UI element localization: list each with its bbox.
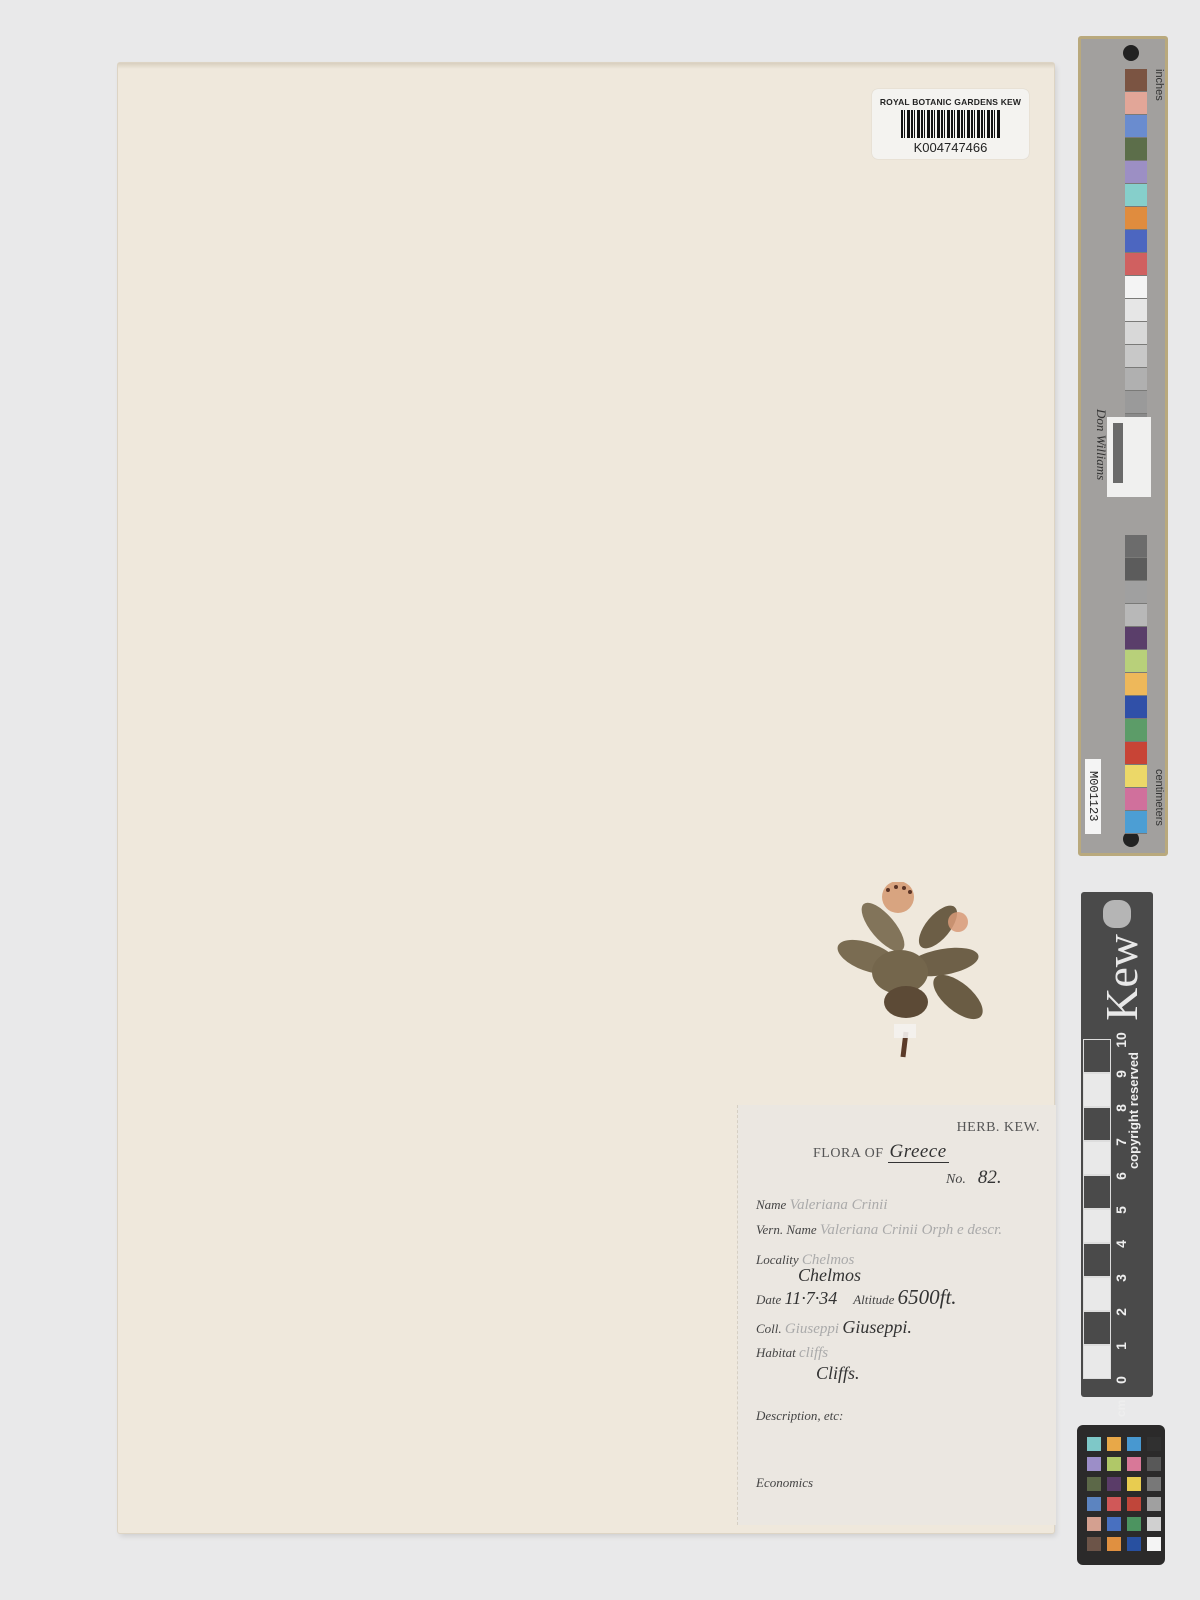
flora-of-line: FLORA OF Greece <box>813 1141 949 1163</box>
ruler-tick-label: 3 <box>1113 1270 1129 1286</box>
checker-patch <box>1147 1457 1161 1471</box>
color-checker-card <box>1077 1425 1165 1565</box>
checker-patch <box>1127 1457 1141 1471</box>
hole-icon <box>1123 45 1139 61</box>
locality-value: Chelmos <box>798 1265 861 1285</box>
habitat-label: Habitat <box>756 1345 796 1360</box>
color-swatch <box>1125 765 1147 788</box>
ruler-segment <box>1083 1345 1111 1379</box>
color-swatch <box>1125 184 1147 207</box>
color-swatch <box>1125 92 1147 115</box>
barcode-number: K004747466 <box>872 140 1029 155</box>
ruler-tick-label: 10 <box>1113 1032 1129 1048</box>
color-swatch <box>1125 138 1147 161</box>
ruler-tick-label: 5 <box>1113 1202 1129 1218</box>
habitat-value-line: Cliffs. <box>816 1363 860 1384</box>
checker-patch <box>1107 1517 1121 1531</box>
ruler-numbers: 109876543210cm <box>1113 1032 1129 1392</box>
color-swatch <box>1125 345 1147 368</box>
vern-name-field: Vern. Name Valeriana Crinii Orph e descr… <box>756 1222 1002 1239</box>
color-swatch <box>1125 322 1147 345</box>
color-swatch <box>1125 627 1147 650</box>
ruler-unit: cm <box>1114 1401 1128 1417</box>
crest-icon <box>1103 900 1131 928</box>
checker-patch <box>1127 1477 1141 1491</box>
ruler-segment <box>1083 1141 1111 1175</box>
kew-ruler: Kew copyright reserved 109876543210cm <box>1081 892 1153 1397</box>
ruler-scale <box>1083 1039 1111 1384</box>
ruler-segment <box>1083 1311 1111 1345</box>
ruler-segment <box>1083 1243 1111 1277</box>
vern-name-label: Vern. Name <box>756 1222 817 1237</box>
color-swatch <box>1125 811 1147 834</box>
checker-patch <box>1107 1537 1121 1551</box>
checker-patch <box>1127 1537 1141 1551</box>
checker-grid <box>1087 1437 1161 1551</box>
checker-patch <box>1087 1457 1101 1471</box>
color-swatch <box>1125 69 1147 92</box>
ruler-segment <box>1083 1175 1111 1209</box>
checker-patch <box>1087 1477 1101 1491</box>
color-swatch <box>1125 253 1147 276</box>
color-swatch <box>1125 161 1147 184</box>
color-swatch <box>1125 276 1147 299</box>
specimen-label: HERB. KEW. FLORA OF Greece No.82. Name V… <box>737 1105 1056 1525</box>
ruler-tick-label: 0 <box>1113 1372 1129 1388</box>
name-field: Name Valeriana Crinii <box>756 1197 888 1214</box>
coll-label: Coll. <box>756 1321 782 1336</box>
inches-label: inches <box>1153 69 1165 101</box>
checker-patch <box>1127 1497 1141 1511</box>
color-swatch <box>1125 299 1147 322</box>
checker-patch <box>1087 1517 1101 1531</box>
checker-patch <box>1107 1497 1121 1511</box>
checker-patch <box>1127 1437 1141 1451</box>
checker-patch <box>1147 1437 1161 1451</box>
flora-prefix: FLORA OF <box>813 1146 884 1161</box>
vern-name-value: Valeriana Crinii Orph e descr. <box>820 1222 1002 1238</box>
specimen-number: No.82. <box>946 1167 1002 1189</box>
habitat-value: Cliffs. <box>816 1363 860 1383</box>
altitude-label: Altitude <box>853 1292 894 1307</box>
color-swatch <box>1125 115 1147 138</box>
checker-patch <box>1087 1497 1101 1511</box>
coll-value: Giuseppi. <box>842 1317 912 1337</box>
ruler-segment <box>1083 1073 1111 1107</box>
coll-value-pencil: Giuseppi <box>785 1321 839 1337</box>
brand-logo: Don Williams <box>1087 409 1109 480</box>
color-swatch <box>1125 696 1147 719</box>
description-label: Description, etc: <box>756 1408 843 1424</box>
color-swatch <box>1125 558 1147 581</box>
ruler-tick-label: 4 <box>1113 1236 1129 1252</box>
ruler-tick-label: 2 <box>1113 1304 1129 1320</box>
altitude-value: 6500ft. <box>898 1285 957 1309</box>
locality-value-line: Chelmos <box>798 1265 861 1286</box>
ruler-tick-label: 6 <box>1113 1168 1129 1184</box>
name-value: Valeriana Crinii <box>790 1197 888 1213</box>
checker-patch <box>1147 1517 1161 1531</box>
checker-patch <box>1147 1497 1161 1511</box>
name-label: Name <box>756 1197 786 1212</box>
ruler-tick-label: 9 <box>1113 1066 1129 1082</box>
color-swatch <box>1125 673 1147 696</box>
color-swatch <box>1125 391 1147 414</box>
habitat-field: Habitat cliffs <box>756 1345 828 1362</box>
color-swatch <box>1125 368 1147 391</box>
economics-label: Economics <box>756 1475 813 1491</box>
barcode-icon <box>901 110 1001 138</box>
color-swatch <box>1125 230 1147 253</box>
collector-field: Coll. Giuseppi Giuseppi. <box>756 1317 912 1338</box>
checker-patch <box>1147 1537 1161 1551</box>
centimeters-label: centimeters <box>1153 769 1165 826</box>
ruler-segment <box>1083 1277 1111 1311</box>
checker-patch <box>1107 1437 1121 1451</box>
scale-code: M001123 <box>1085 759 1101 834</box>
date-label: Date <box>756 1292 781 1307</box>
color-swatch <box>1125 581 1147 604</box>
color-swatch <box>1125 719 1147 742</box>
institution-name: ROYAL BOTANIC GARDENS KEW <box>872 97 1029 107</box>
habitat-value-pencil: cliffs <box>799 1345 828 1361</box>
kew-logo: Kew <box>1095 934 1148 1021</box>
checker-patch <box>1147 1477 1161 1491</box>
number-value: 82. <box>978 1167 1002 1188</box>
color-swatch <box>1125 788 1147 811</box>
plant-specimen-icon <box>828 882 998 1062</box>
gray-target <box>1107 417 1151 497</box>
flora-region: Greece <box>888 1141 949 1163</box>
checker-patch <box>1087 1437 1101 1451</box>
color-swatch <box>1125 535 1147 558</box>
checker-patch <box>1107 1457 1121 1471</box>
ruler-tick-label: 7 <box>1113 1134 1129 1150</box>
color-swatch <box>1125 650 1147 673</box>
ruler-tick-label: 1 <box>1113 1338 1129 1354</box>
color-calibration-scale: inches centimeters Don Williams M001123 <box>1078 36 1168 856</box>
ruler-segment <box>1083 1107 1111 1141</box>
checker-patch <box>1107 1477 1121 1491</box>
ruler-segment <box>1083 1039 1111 1073</box>
checker-patch <box>1127 1517 1141 1531</box>
checker-patch <box>1087 1537 1101 1551</box>
color-swatch <box>1125 742 1147 765</box>
number-label: No. <box>946 1172 966 1187</box>
color-swatch <box>1125 207 1147 230</box>
ruler-tick-label: 8 <box>1113 1100 1129 1116</box>
ruler-segment <box>1083 1209 1111 1243</box>
date-value: 11·7·34 <box>785 1288 838 1308</box>
herbarium-header: HERB. KEW. <box>957 1120 1040 1136</box>
locality-label: Locality <box>756 1252 799 1267</box>
color-swatch <box>1125 604 1147 627</box>
barcode-label: ROYAL BOTANIC GARDENS KEW K004747466 <box>872 89 1029 159</box>
date-altitude-field: Date 11·7·34 Altitude 6500ft. <box>756 1285 957 1310</box>
